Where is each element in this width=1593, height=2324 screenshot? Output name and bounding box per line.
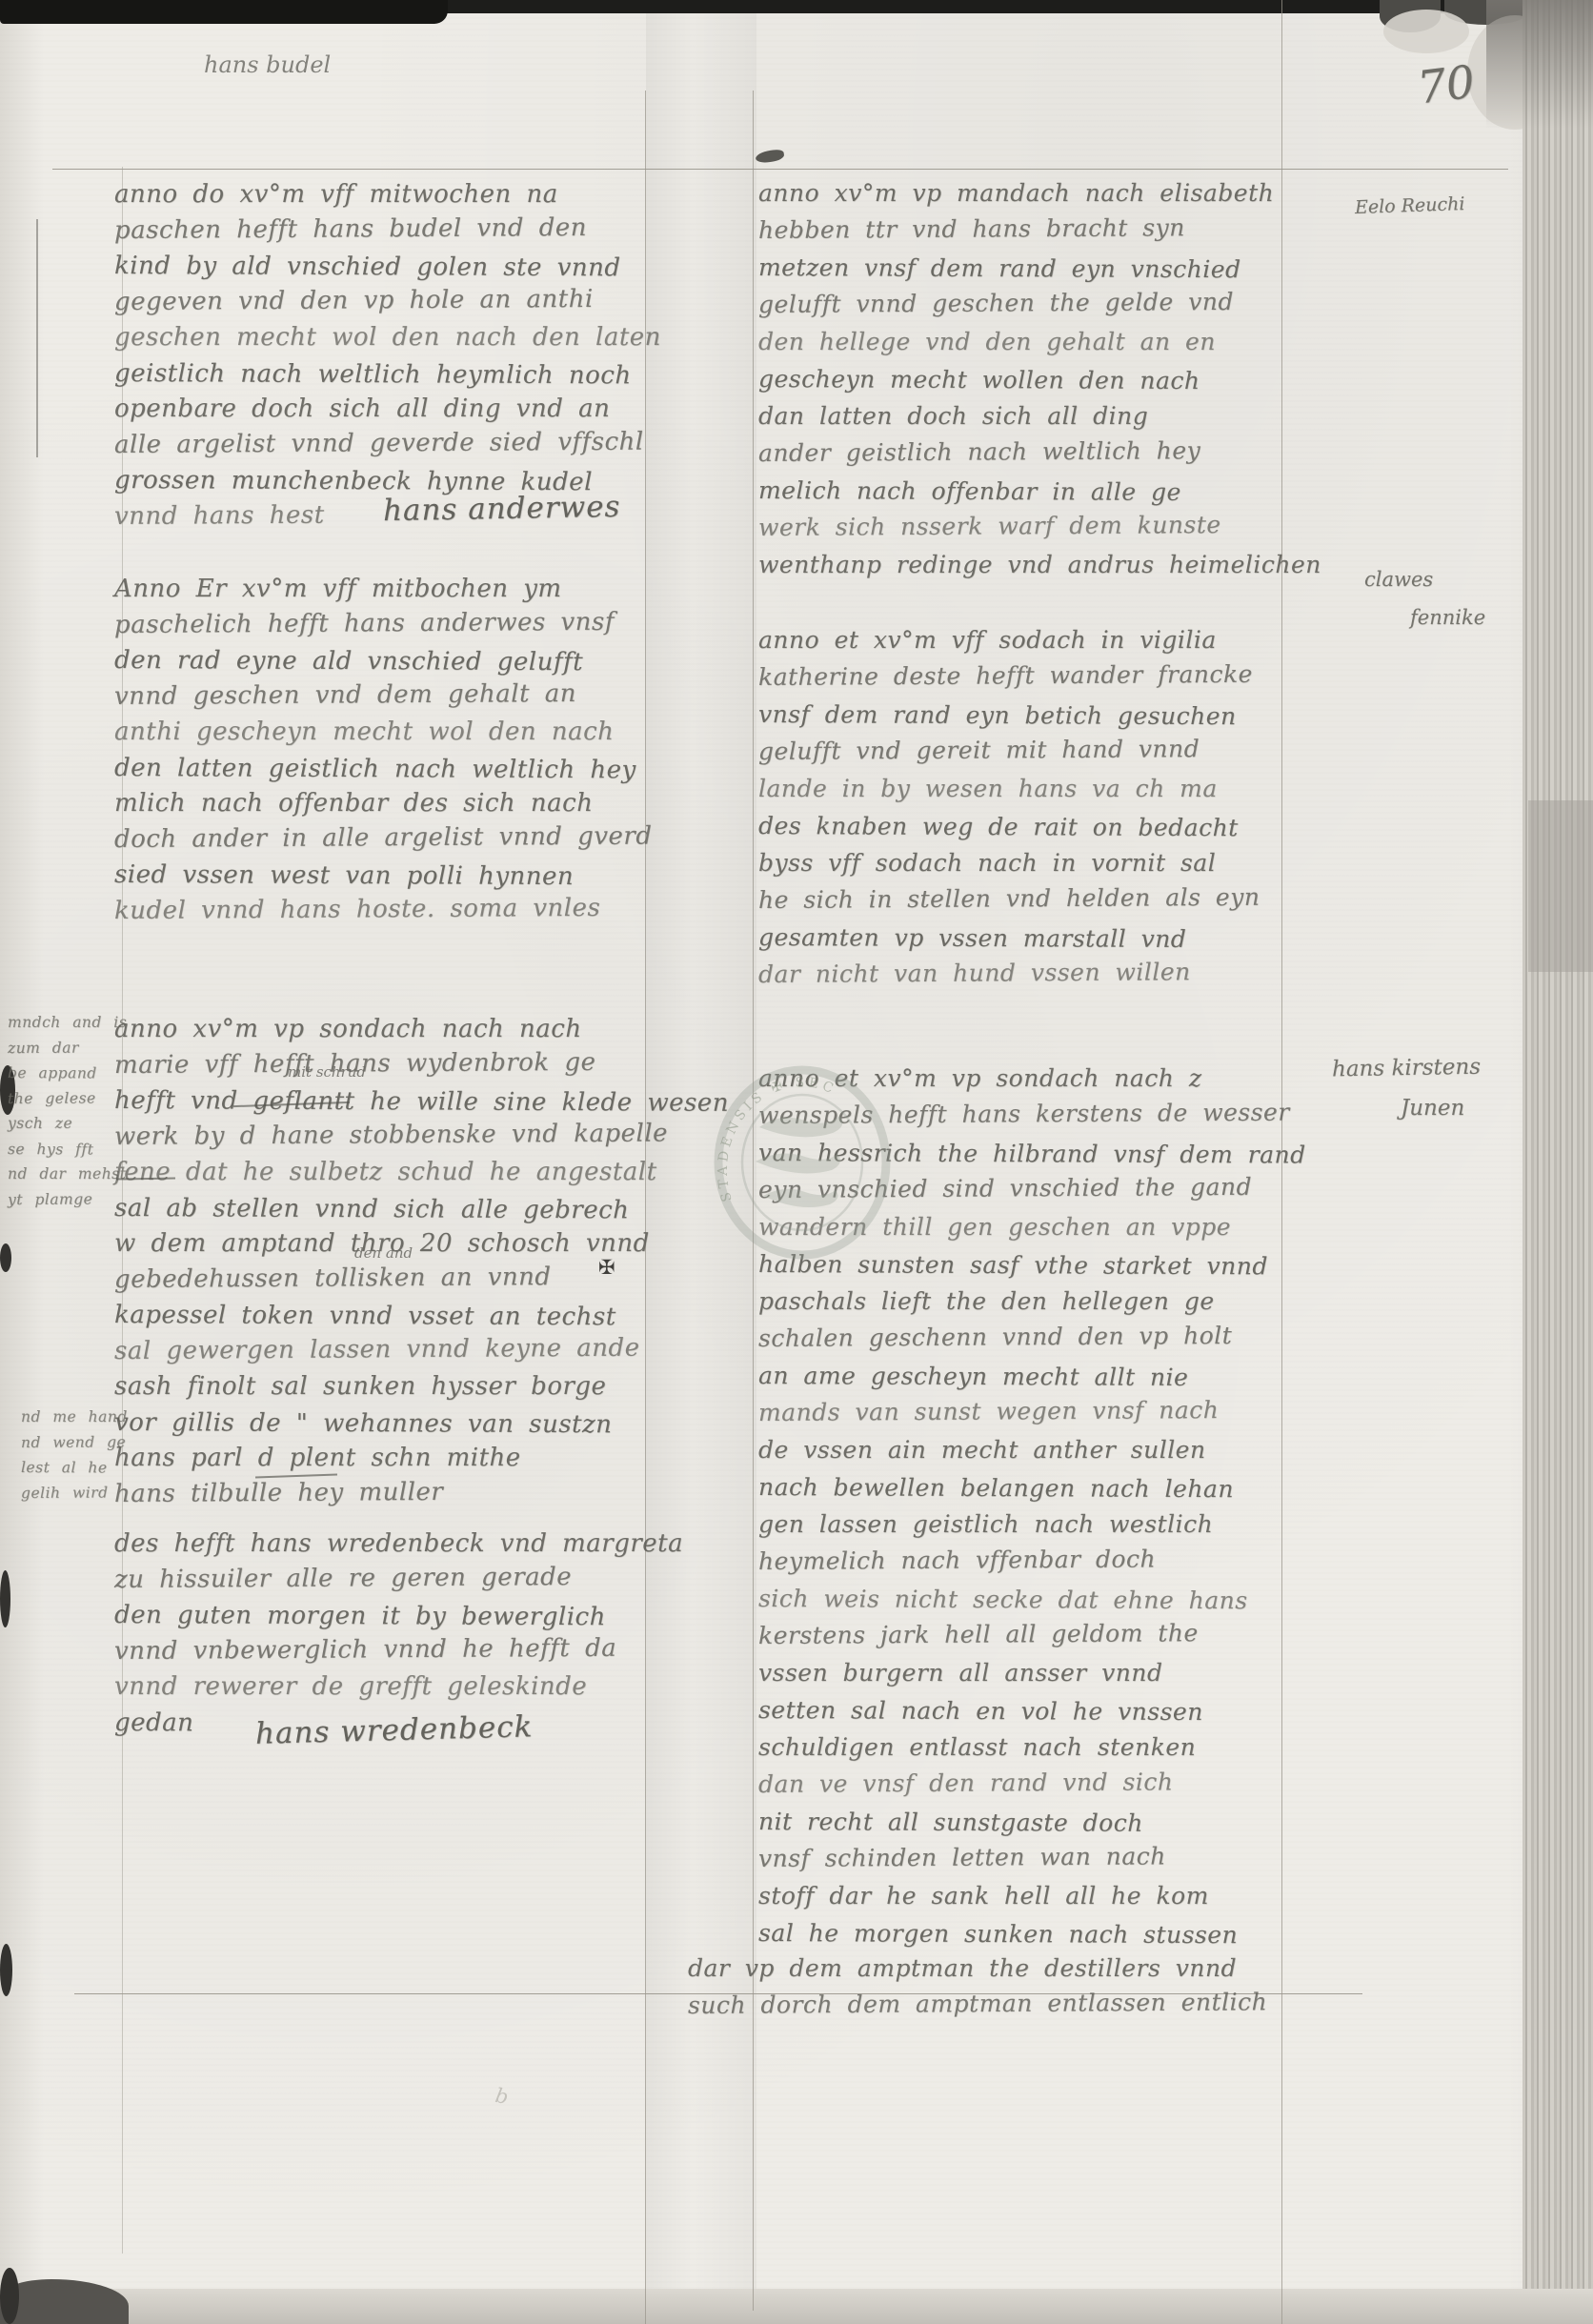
ink-blob [755, 149, 784, 164]
manuscript-line: hans tilbulle hey muller [114, 1473, 644, 1512]
signature-hans-wredenbeck: hans wredenbeck [255, 1709, 534, 1751]
manuscript-line: zum dar [8, 1035, 120, 1061]
manuscript-line: paschelich hefft hans anderwes vnsf [114, 604, 644, 643]
binding-mark [0, 1243, 11, 1272]
manuscript-line: gen lassen geistlich nach westlich [758, 1506, 1280, 1543]
manuscript-line: gescheyn mecht wollen den nach [758, 360, 1280, 399]
interlinear-insertion-1: mit schrud [288, 1063, 366, 1081]
manuscript-line: vnnd rewerer de grefft geleskinde [114, 1669, 644, 1706]
manuscript-line: mlich nach offenbar des sich nach [114, 786, 644, 822]
manuscript-line: kind by ald vnschied golen ste vnnd [114, 249, 644, 287]
right-margin-note-2-line2: fennike [1410, 606, 1485, 629]
manuscript-line: nd me hand [21, 1405, 126, 1430]
scan-edge-right [1522, 0, 1593, 2324]
manuscript-line: gebedehussen tollisken an vnnd [114, 1259, 644, 1298]
manuscript-line: sal he morgen sunken nach stussen [758, 1914, 1280, 1953]
manuscript-line: the gelese [8, 1085, 120, 1111]
seal-heraldic-lions-icon [756, 1116, 842, 1207]
manuscript-line: heymelich nach vffenbar doch [758, 1540, 1280, 1580]
paper-crease [36, 219, 38, 457]
manuscript-line: gegeven vnd den vp hole an anthi [114, 281, 644, 320]
scan-edge-bottom [0, 2289, 1593, 2324]
manuscript-line: nd wend ge [21, 1429, 126, 1455]
manuscript-line: nach bewellen belangen nach lehan [758, 1468, 1280, 1507]
torn-paper-edge [1383, 10, 1469, 53]
manuscript-line: hans parl d plent schn mithe [114, 1441, 644, 1477]
manuscript-line: hefft vnd geflantt he wille sine klede w… [114, 1083, 644, 1122]
manuscript-line: mands van sunst wegen vnsf nach [758, 1391, 1280, 1431]
right-margin-note-3-line2: Junen [1401, 1096, 1464, 1121]
left-column-entry-2: Anno Er xv°m vff mitbochen ympaschelich … [114, 572, 644, 929]
left-column-entry-4: des hefft hans wredenbeck vnd margretazu… [114, 1526, 644, 1741]
manuscript-page: hans budel 70 mndch and iszum darbe appa… [0, 0, 1593, 2324]
scan-edge-right-top [1486, 0, 1593, 143]
manuscript-line: setten sal nach en vol he vnssen [758, 1691, 1280, 1730]
manuscript-line: sied vssen west van polli hynnen [114, 858, 644, 896]
manuscript-line: dan latten doch sich all ding [758, 397, 1280, 434]
binding-mark [0, 1570, 10, 1627]
manuscript-line: ysch ze [8, 1111, 120, 1137]
left-margin-note-2: nd me handnd wend gelest al hegelih wird [21, 1405, 126, 1506]
manuscript-line: byss vff sodach nach in vornit sal [758, 844, 1280, 881]
manuscript-line: doch ander in alle argelist vnnd gverd [114, 818, 644, 858]
seal-rim-text: STADENSIS ✠ SEC [716, 1075, 839, 1202]
manuscript-line: sash finolt sal sunken hysser borge [114, 1369, 644, 1405]
scan-edge-bottom-smudge [0, 2279, 129, 2324]
pencil-mark: b [494, 2084, 510, 2109]
scan-edge-top-left [0, 0, 448, 24]
manuscript-line: dan ve vnsf den rand vnd sich [758, 1763, 1280, 1803]
insertion-cross-mark: ✠ [598, 1256, 615, 1279]
manuscript-line: paschen hefft hans budel vnd den [114, 210, 644, 249]
page-header-name: hans budel [204, 51, 331, 78]
manuscript-line: marie vff hefft hans wydenbrok ge [114, 1044, 644, 1083]
manuscript-line: se hys fft [8, 1137, 120, 1162]
manuscript-line: mndch and is [8, 1010, 120, 1036]
manuscript-line: den hellege vnd den gehalt an en [758, 323, 1280, 360]
manuscript-line: geistlich nach weltlich heymlich noch [114, 356, 644, 394]
ruled-line-left-column-right [645, 91, 646, 2324]
manuscript-line: such dorch dem amptman entlassen entlich [688, 1983, 1298, 2024]
manuscript-line: kerstens jark hell all geldom the [758, 1614, 1280, 1654]
manuscript-line: zu hissuiler alle re geren gerade [114, 1559, 644, 1598]
manuscript-line: gelih wird [21, 1480, 126, 1506]
manuscript-line: ander geistlich nach weltlich hey [758, 432, 1280, 472]
manuscript-line: dar nicht van hund vssen willen [758, 953, 1280, 993]
right-margin-note-2-line1: clawes [1364, 568, 1433, 591]
right-column-entry-1: anno xv°m vp mandach nach elisabethhebbe… [758, 174, 1280, 583]
manuscript-line: vnnd geschen vnd dem gehalt an [114, 676, 644, 715]
manuscript-line: Anno Er xv°m vff mitbochen ym [114, 572, 644, 608]
manuscript-line: lande in by wesen hans va ch ma [758, 770, 1280, 807]
manuscript-line: kapessel token vnnd vsset an techst [114, 1298, 644, 1336]
manuscript-line: den latten geistlich nach weltlich hey [114, 751, 644, 789]
manuscript-line: nd dar mehst [8, 1162, 120, 1187]
manuscript-line: anno et xv°m vff sodach in vigilia [758, 621, 1280, 658]
manuscript-line: gelufft vnnd geschen the gelde vnd [758, 283, 1280, 323]
manuscript-line: werk sich nsserk warf dem kunste [758, 506, 1280, 546]
manuscript-line: paschals lieft the den hellegen ge [758, 1283, 1280, 1320]
right-column-entry-2: anno et xv°m vff sodach in vigiliakather… [758, 621, 1280, 993]
manuscript-line: anno xv°m vp mandach nach elisabeth [758, 174, 1280, 212]
manuscript-line: lest al he [21, 1455, 126, 1481]
right-margin-note-1: Eelo Reuchi [1355, 193, 1465, 218]
right-column-entry-3-outdent: dar vp dem amptman the destillers vnndsu… [688, 1950, 1298, 2024]
manuscript-line: vssen burgern all ansser vnnd [758, 1654, 1280, 1691]
manuscript-line: yt plamge [8, 1186, 120, 1212]
interlinear-insertion-2: den and [354, 1244, 413, 1262]
manuscript-line: hebben ttr vnd hans bracht syn [758, 209, 1280, 249]
manuscript-line: openbare doch sich all ding vnd an [114, 392, 644, 428]
manuscript-line: des knaben weg de rait on bedacht [758, 807, 1280, 846]
left-margin-note-1: mndch and iszum darbe appandthe geleseys… [8, 1010, 120, 1212]
binding-mark [0, 1944, 12, 1996]
signature-hans-anderwes: hans anderwes [383, 490, 621, 528]
archive-seal-stamp: STADENSIS ✠ SEC [710, 1062, 896, 1263]
scan-edge-right-blotch [1528, 800, 1593, 972]
manuscript-line: sal gewergen lassen vnnd keyne ande [114, 1330, 644, 1369]
binding-mark [0, 2268, 19, 2324]
manuscript-line: dar vp dem amptman the destillers vnnd [688, 1950, 1298, 1987]
manuscript-line: vnsf schinden letten wan nach [758, 1837, 1280, 1877]
manuscript-line: sal ab stellen vnnd sich alle gebrech [114, 1191, 644, 1229]
manuscript-line: anno xv°m vp sondach nach nach [114, 1012, 644, 1048]
manuscript-line: de vssen ain mecht anther sullen [758, 1431, 1280, 1468]
manuscript-line: fene dat he sulbetz schud he angestalt [114, 1155, 644, 1191]
right-margin-note-3-line1: hans kirstens [1332, 1055, 1481, 1082]
manuscript-line: be appand [8, 1061, 120, 1086]
manuscript-line: werk by d hane stobbenske vnd kapelle [114, 1116, 644, 1155]
manuscript-line: vnnd vnbewerglich vnnd he hefft da [114, 1630, 644, 1669]
manuscript-line: anthi gescheyn mecht wol den nach [114, 715, 644, 751]
manuscript-line: schalen geschenn vnnd den vp holt [758, 1317, 1280, 1357]
manuscript-line: wenthanp redinge vnd andrus heimelichen [758, 546, 1280, 583]
manuscript-line: schuldigen entlasst nach stenken [758, 1728, 1280, 1766]
folio-number: 70 [1415, 56, 1478, 115]
manuscript-line: gelufft vnd gereit mit hand vnnd [758, 730, 1280, 770]
manuscript-line: he sich in stellen vnd helden als eyn [758, 879, 1280, 919]
left-column-entry-1: anno do xv°m vff mitwochen napaschen hef… [114, 177, 644, 535]
left-column-entry-3: anno xv°m vp sondach nach nachmarie vff … [114, 1012, 644, 1512]
manuscript-line: anno do xv°m vff mitwochen na [114, 177, 644, 213]
manuscript-line: stoff dar he sank hell all he kom [758, 1877, 1280, 1914]
manuscript-line: den rad eyne ald vnschied gelufft [114, 643, 644, 681]
ruled-line-top [52, 169, 1508, 170]
manuscript-line: den guten morgen it by bewerglich [114, 1598, 644, 1636]
manuscript-line: katherine deste hefft wander francke [758, 656, 1280, 696]
manuscript-line: geschen mecht wol den nach den laten [114, 320, 644, 356]
manuscript-line: vor gillis de " wehannes van sustzn [114, 1405, 644, 1444]
manuscript-line: alle argelist vnnd geverde sied vffschl [114, 424, 644, 463]
manuscript-line: kudel vnnd hans hoste. soma vnles [114, 890, 644, 929]
manuscript-line: des hefft hans wredenbeck vnd margreta [114, 1526, 644, 1563]
